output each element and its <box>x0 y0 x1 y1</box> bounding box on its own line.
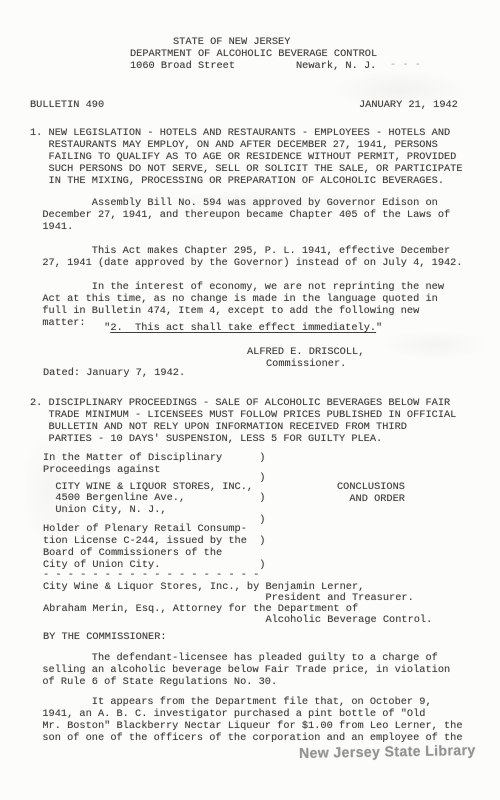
item1-quote-line: "2. This act shall take effect immediate… <box>30 322 382 334</box>
caption-separator-dashes: - - - - - - - - - - - - - - - - - - <box>43 569 259 581</box>
header-department-line: DEPARTMENT OF ALCOHOLIC BEVERAGE CONTROL <box>130 48 377 60</box>
item1-heading: 1. NEW LEGISLATION - HOTELS AND RESTAURA… <box>30 127 463 187</box>
header-state-line: STATE OF NEW JERSEY <box>173 36 290 48</box>
conclusions-and-order-label: CONCLUSIONS AND ORDER <box>337 481 405 505</box>
dated-line: Dated: January 7, 1942. <box>43 367 185 379</box>
item1-para-effective-date: This Act makes Chapter 295, P. L. 1941, … <box>30 245 463 269</box>
caption-line: Board of Commissioners of the <box>43 547 222 559</box>
quote-open-mark: " <box>30 322 110 334</box>
bulletin-date: JANUARY 21, 1942 <box>359 99 458 111</box>
item2-heading: 2. DISCIPLINARY PROCEEDINGS - SALE OF AL… <box>30 397 456 445</box>
caption-line: In the Matter of Disciplinary ) <box>43 452 265 464</box>
document-page: STATE OF NEW JERSEY DEPARTMENT OF ALCOHO… <box>0 0 500 800</box>
caption-line: Holder of Plenary Retail Consump- <box>43 523 247 535</box>
quote-close-mark: " <box>376 322 382 334</box>
bulletin-number: BULLETIN 490 <box>30 99 104 111</box>
appearances-block: City Wine & Liquor Stores, Inc., by Benj… <box>43 582 432 626</box>
item1-para-assembly-bill: Assembly Bill No. 594 was approved by Go… <box>30 197 450 233</box>
header-address-city: Newark, N. J. <box>296 60 376 72</box>
library-stamp: New Jersey State Library <box>299 743 476 762</box>
header-address-street: 1060 Broad Street <box>130 60 235 72</box>
signature-title: Commissioner. <box>266 358 346 370</box>
by-commissioner-heading: BY THE COMMISSIONER: <box>43 631 167 643</box>
pencil-marks: - - - <box>390 59 421 71</box>
quote-underlined-text: 2. This act shall take effect immediatel… <box>110 322 376 334</box>
para-investigation: It appears from the Department file that… <box>30 696 463 744</box>
paper-smudge <box>380 330 490 360</box>
para-guilty-plea: The defendant-licensee has pleaded guilt… <box>30 652 450 688</box>
signature-name: ALFRED E. DRISCOLL, <box>247 346 364 358</box>
caption-line: 4500 Bergenline Ave., ) <box>43 492 265 504</box>
caption-line: tion License C-244, issued by the ) <box>43 535 265 547</box>
